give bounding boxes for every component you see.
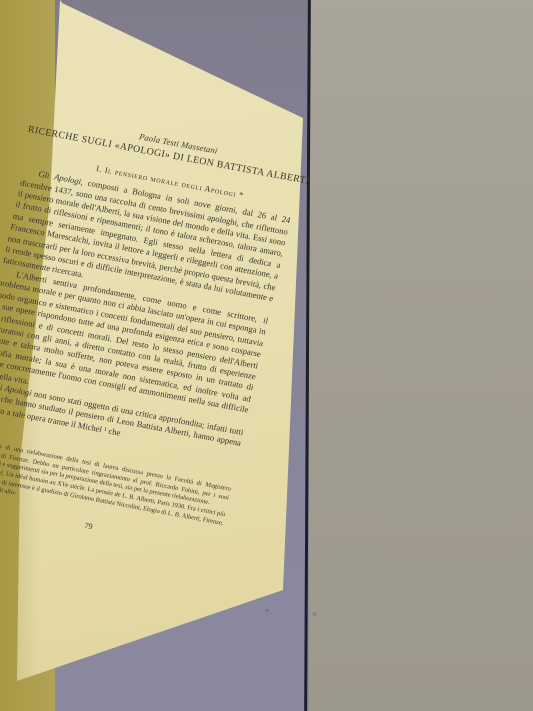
stain-spot xyxy=(265,609,269,612)
stain-spot xyxy=(312,612,317,616)
background-surface xyxy=(308,0,533,711)
